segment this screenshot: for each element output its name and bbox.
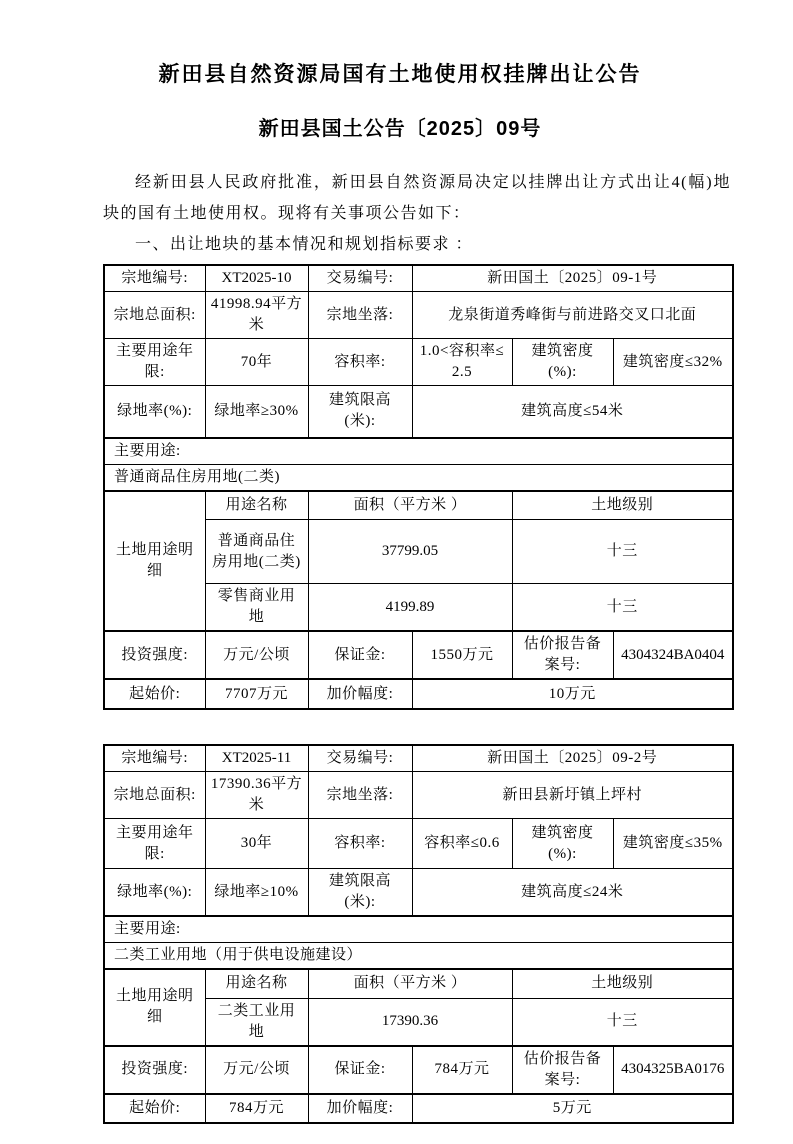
t1-green-rate-value: 绿地率≥30% bbox=[205, 386, 308, 438]
t1-use2-area: 4199.89 bbox=[308, 584, 512, 632]
t2-main-use-value: 二类工业用地（用于供电设施建设） bbox=[104, 943, 733, 970]
t1-height-limit-value: 建筑高度≤54米 bbox=[412, 386, 733, 438]
t2-investment-value: 万元/公顷 bbox=[205, 1046, 308, 1094]
t2-plot-ratio-value: 容积率≤0.6 bbox=[412, 819, 512, 869]
t2-area-header: 面积（平方米 ） bbox=[308, 969, 512, 998]
t1-start-price-label: 起始价: bbox=[104, 679, 205, 709]
t1-plot-ratio-value: 1.0<容积率≤2.5 bbox=[412, 339, 512, 386]
t2-deposit-label: 保证金: bbox=[308, 1046, 412, 1094]
t2-start-price-value: 784万元 bbox=[205, 1094, 308, 1123]
t1-main-use-value: 普通商品住房用地(二类) bbox=[104, 464, 733, 491]
t1-location-label: 宗地坐落: bbox=[308, 292, 412, 339]
t1-total-area-label: 宗地总面积: bbox=[104, 292, 205, 339]
t2-green-rate-label: 绿地率(%): bbox=[104, 869, 205, 917]
t1-use1-area: 37799.05 bbox=[308, 520, 512, 584]
t1-total-area-value: 41998.94平方米 bbox=[205, 292, 308, 339]
t2-use-term-value: 30年 bbox=[205, 819, 308, 869]
t1-deposit-label: 保证金: bbox=[308, 631, 412, 679]
t2-location-label: 宗地坐落: bbox=[308, 772, 412, 819]
t2-appraisal-label: 估价报告备案号: bbox=[512, 1046, 613, 1094]
t1-parcel-no-value: XT2025-10 bbox=[205, 265, 308, 292]
t2-use1-grade: 十三 bbox=[512, 998, 733, 1046]
parcel-table-1: 宗地编号: XT2025-10 交易编号: 新田国土〔2025〕09-1号 宗地… bbox=[103, 264, 734, 710]
t2-investment-label: 投资强度: bbox=[104, 1046, 205, 1094]
t1-increment-value: 10万元 bbox=[412, 679, 733, 709]
t2-trade-no-value: 新田国土〔2025〕09-2号 bbox=[412, 745, 733, 772]
t2-use-term-label: 主要用途年限: bbox=[104, 819, 205, 869]
parcel-table-2: 宗地编号: XT2025-11 交易编号: 新田国土〔2025〕09-2号 宗地… bbox=[103, 744, 734, 1124]
t1-investment-value: 万元/公顷 bbox=[205, 631, 308, 679]
t1-location-value: 龙泉街道秀峰街与前进路交叉口北面 bbox=[412, 292, 733, 339]
t1-use2-grade: 十三 bbox=[512, 584, 733, 632]
t1-increment-label: 加价幅度: bbox=[308, 679, 412, 709]
t1-height-limit-label: 建筑限高(米): bbox=[308, 386, 412, 438]
t1-parcel-no-label: 宗地编号: bbox=[104, 265, 205, 292]
t2-density-value: 建筑密度≤35% bbox=[613, 819, 733, 869]
t1-appraisal-value: 4304324BA0404 bbox=[613, 631, 733, 679]
t1-use-term-value: 70年 bbox=[205, 339, 308, 386]
t1-density-value: 建筑密度≤32% bbox=[613, 339, 733, 386]
section-heading: 一、出让地块的基本情况和规划指标要求 ： bbox=[103, 229, 731, 260]
t2-appraisal-value: 4304325BA0176 bbox=[613, 1046, 733, 1094]
t2-parcel-no-value: XT2025-11 bbox=[205, 745, 308, 772]
t1-area-header: 面积（平方米 ） bbox=[308, 491, 512, 520]
t2-increment-label: 加价幅度: bbox=[308, 1094, 412, 1123]
t2-grade-header: 土地级别 bbox=[512, 969, 733, 998]
t2-location-value: 新田县新圩镇上坪村 bbox=[412, 772, 733, 819]
intro-paragraph: 经新田县人民政府批准，新田县自然资源局决定以挂牌出让方式出让4(幅)地块的国有土… bbox=[103, 167, 731, 229]
page-title: 新田县自然资源局国有土地使用权挂牌出让公告 bbox=[86, 58, 714, 88]
t2-plot-ratio-label: 容积率: bbox=[308, 819, 412, 869]
t2-height-limit-label: 建筑限高(米): bbox=[308, 869, 412, 917]
t1-use-name-header: 用途名称 bbox=[205, 491, 308, 520]
t2-deposit-value: 784万元 bbox=[412, 1046, 512, 1094]
t1-use-detail-label: 土地用途明细 bbox=[104, 491, 205, 632]
t2-use1-area: 17390.36 bbox=[308, 998, 512, 1046]
t2-start-price-label: 起始价: bbox=[104, 1094, 205, 1123]
t2-use-detail-label: 土地用途明细 bbox=[104, 969, 205, 1046]
t1-use1-grade: 十三 bbox=[512, 520, 733, 584]
t1-use-term-label: 主要用途年限: bbox=[104, 339, 205, 386]
t2-total-area-label: 宗地总面积: bbox=[104, 772, 205, 819]
t1-appraisal-label: 估价报告备案号: bbox=[512, 631, 613, 679]
t2-trade-no-label: 交易编号: bbox=[308, 745, 412, 772]
t1-deposit-value: 1550万元 bbox=[412, 631, 512, 679]
t2-green-rate-value: 绿地率≥10% bbox=[205, 869, 308, 917]
page-subtitle: 新田县国土公告〔2025〕09号 bbox=[86, 112, 714, 141]
t1-investment-label: 投资强度: bbox=[104, 631, 205, 679]
t1-trade-no-value: 新田国土〔2025〕09-1号 bbox=[412, 265, 733, 292]
t1-green-rate-label: 绿地率(%): bbox=[104, 386, 205, 438]
t2-total-area-value: 17390.36平方米 bbox=[205, 772, 308, 819]
t1-grade-header: 土地级别 bbox=[512, 491, 733, 520]
t1-main-use-label: 主要用途: bbox=[104, 438, 733, 465]
t1-trade-no-label: 交易编号: bbox=[308, 265, 412, 292]
t1-start-price-value: 7707万元 bbox=[205, 679, 308, 709]
t2-density-label: 建筑密度(%): bbox=[512, 819, 613, 869]
announcement-page: 新田县自然资源局国有土地使用权挂牌出让公告 新田县国土公告〔2025〕09号 经… bbox=[0, 0, 793, 1144]
t2-parcel-no-label: 宗地编号: bbox=[104, 745, 205, 772]
t2-increment-value: 5万元 bbox=[412, 1094, 733, 1123]
t1-use2-name: 零售商业用地 bbox=[205, 584, 308, 632]
t1-plot-ratio-label: 容积率: bbox=[308, 339, 412, 386]
t2-main-use-label: 主要用途: bbox=[104, 916, 733, 943]
t2-height-limit-value: 建筑高度≤24米 bbox=[412, 869, 733, 917]
t1-density-label: 建筑密度(%): bbox=[512, 339, 613, 386]
t2-use1-name: 二类工业用地 bbox=[205, 998, 308, 1046]
t2-use-name-header: 用途名称 bbox=[205, 969, 308, 998]
t1-use1-name: 普通商品住房用地(二类) bbox=[205, 520, 308, 584]
